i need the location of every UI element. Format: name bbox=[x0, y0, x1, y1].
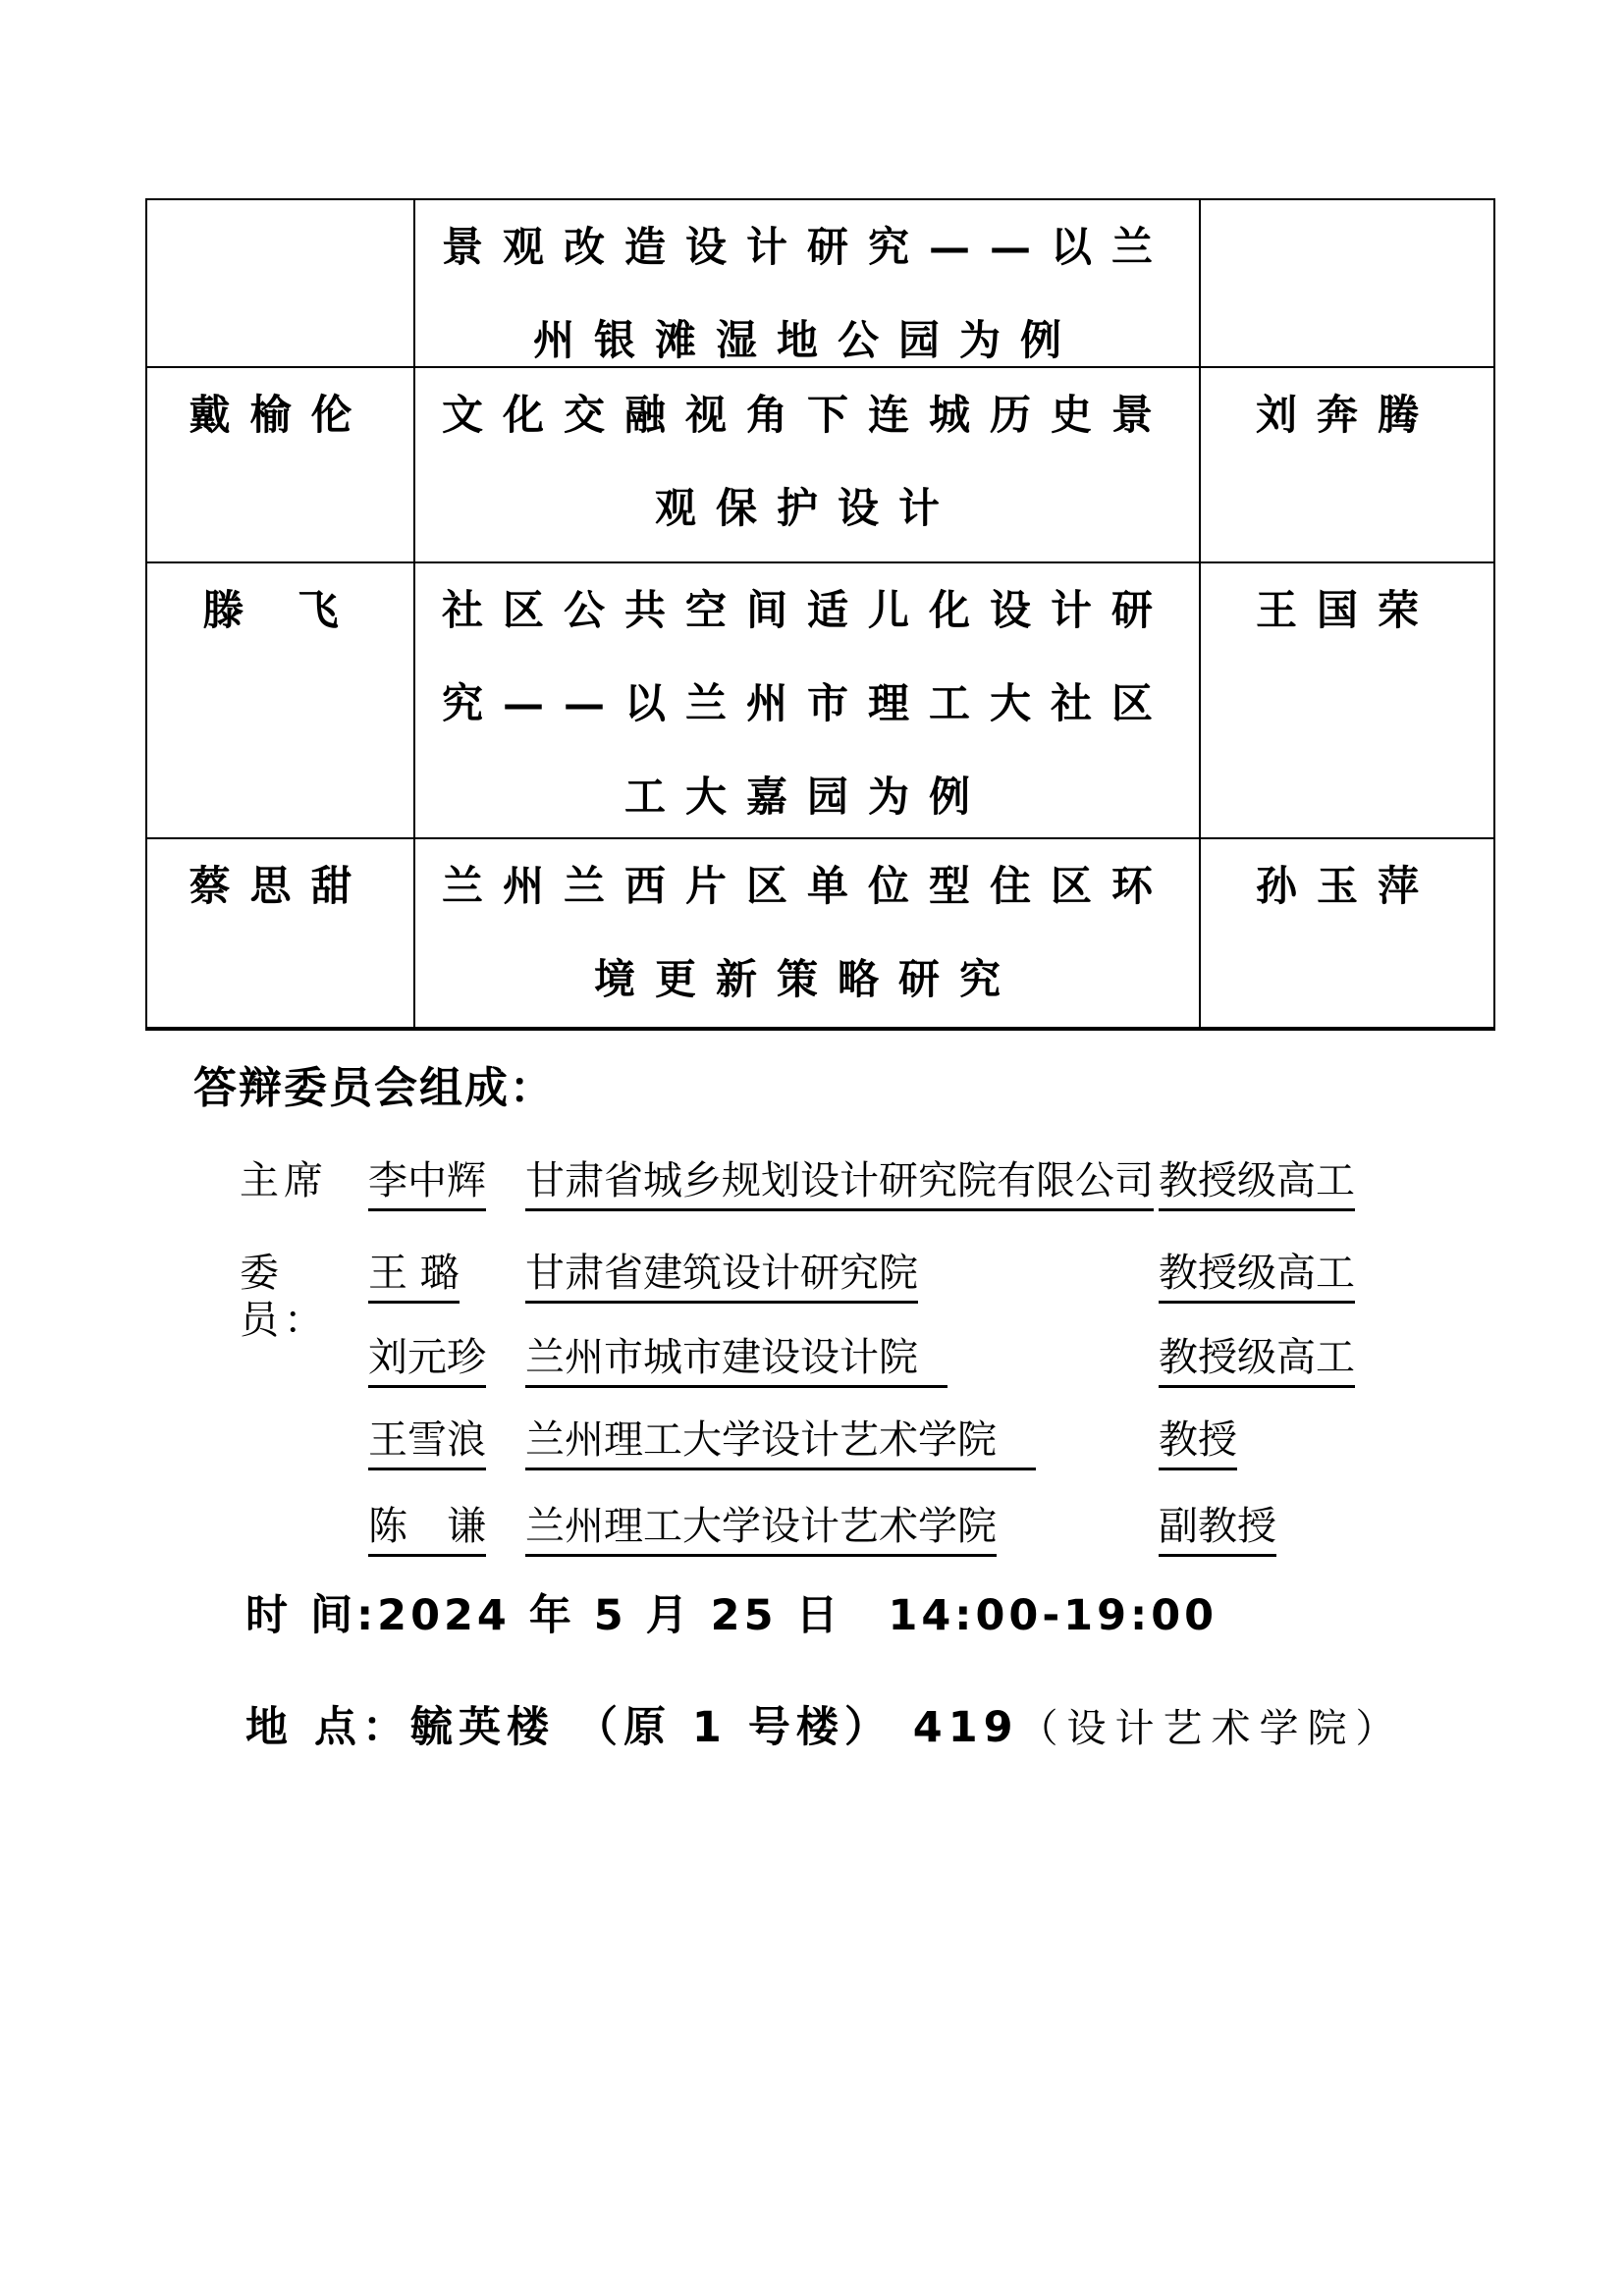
member-name: 王 璐 bbox=[368, 1250, 525, 1344]
member-role bbox=[240, 1334, 368, 1388]
member-name: 刘元珍 bbox=[368, 1334, 525, 1388]
student-name-cell: 蔡思甜 bbox=[147, 839, 415, 1027]
member-affiliation: 甘肃省城乡规划设计研究院有限公司 bbox=[525, 1157, 1159, 1211]
table-row: 滕 飞 社区公共空间适儿化设计研 究——以兰州市理工大社区 工大嘉园为例 王国荣 bbox=[147, 561, 1493, 837]
time-line: 时 间:2024 年 5 月 25 日 14:00-19:00 bbox=[245, 1582, 1218, 1642]
committee-member-row: 委员： 王 璐 甘肃省建筑设计研究院 教授级高工 bbox=[240, 1250, 1487, 1344]
table-row: 戴榆伦 文化交融视角下连城历史景 观保护设计 刘奔腾 bbox=[147, 366, 1493, 561]
thesis-title-line: 社区公共空间适儿化设计研 bbox=[415, 563, 1199, 657]
member-affiliation: 兰州理工大学设计艺术学院 bbox=[525, 1416, 1159, 1470]
member-title: 教授级高工 bbox=[1159, 1334, 1487, 1388]
table-row: 蔡思甜 兰州兰西片区单位型住区环 境更新策略研究 孙玉萍 bbox=[147, 837, 1493, 1027]
advisor-name-cell: 刘奔腾 bbox=[1201, 368, 1493, 561]
student-name: 蔡思甜 bbox=[147, 839, 413, 933]
member-title-text: 副教授 bbox=[1159, 1503, 1276, 1557]
member-title: 副教授 bbox=[1159, 1503, 1487, 1557]
member-affiliation-text: 兰州市城市建设设计院 bbox=[525, 1334, 947, 1388]
member-role bbox=[240, 1503, 368, 1557]
advisor-name: 刘奔腾 bbox=[1201, 368, 1493, 461]
member-title: 教授级高工 bbox=[1159, 1250, 1487, 1344]
thesis-title-line: 工大嘉园为例 bbox=[415, 750, 1199, 843]
member-title-text: 教授 bbox=[1159, 1416, 1237, 1470]
member-name-text: 李中辉 bbox=[368, 1157, 486, 1211]
member-title-text: 教授级高工 bbox=[1159, 1334, 1355, 1388]
thesis-title-line: 究——以兰州市理工大社区 bbox=[415, 657, 1199, 750]
location-note: （设计艺术学院） bbox=[1019, 1706, 1404, 1751]
advisor-name-cell bbox=[1201, 200, 1493, 366]
member-affiliation: 甘肃省建筑设计研究院 bbox=[525, 1250, 1159, 1344]
student-name: 戴榆伦 bbox=[147, 368, 413, 461]
member-title-text: 教授级高工 bbox=[1159, 1250, 1355, 1304]
member-role: 委员： bbox=[240, 1250, 368, 1344]
member-role bbox=[240, 1416, 368, 1470]
thesis-title-line: 兰州兰西片区单位型住区环 bbox=[415, 839, 1199, 933]
committee-member-row: 王雪浪 兰州理工大学设计艺术学院 教授 bbox=[240, 1416, 1487, 1470]
thesis-title-cell: 兰州兰西片区单位型住区环 境更新策略研究 bbox=[415, 839, 1201, 1027]
thesis-title-cell: 文化交融视角下连城历史景 观保护设计 bbox=[415, 368, 1201, 561]
thesis-title-cell: 社区公共空间适儿化设计研 究——以兰州市理工大社区 工大嘉园为例 bbox=[415, 563, 1201, 837]
member-name: 陈 谦 bbox=[368, 1503, 525, 1557]
defense-table: 景观改造设计研究——以兰 州银滩湿地公园为例 戴榆伦 文化交融视角下连城历史景 … bbox=[145, 198, 1495, 1031]
location-value: 毓英楼 （原 1 号楼） 419 bbox=[410, 1703, 1019, 1752]
member-affiliation-text: 甘肃省建筑设计研究院 bbox=[525, 1250, 918, 1304]
student-name: 滕 飞 bbox=[147, 563, 413, 657]
committee-member-row: 刘元珍 兰州市城市建设设计院 教授级高工 bbox=[240, 1334, 1487, 1388]
committee-member-row: 陈 谦 兰州理工大学设计艺术学院 副教授 bbox=[240, 1503, 1487, 1557]
member-affiliation-text: 兰州理工大学设计艺术学院 bbox=[525, 1503, 997, 1557]
committee-heading: 答辩委员会组成： bbox=[193, 1052, 555, 1115]
member-affiliation-text: 兰州理工大学设计艺术学院 bbox=[525, 1416, 1036, 1470]
member-title-text: 教授级高工 bbox=[1159, 1157, 1355, 1211]
thesis-title-line: 境更新策略研究 bbox=[415, 933, 1199, 1026]
student-name-cell: 滕 飞 bbox=[147, 563, 415, 837]
advisor-name: 王国荣 bbox=[1201, 563, 1493, 657]
location-label: 地 点： bbox=[245, 1703, 410, 1752]
committee-member-row: 主席 李中辉 甘肃省城乡规划设计研究院有限公司 教授级高工 bbox=[240, 1157, 1487, 1211]
table-row: 景观改造设计研究——以兰 州银滩湿地公园为例 bbox=[147, 200, 1493, 366]
thesis-title-line: 景观改造设计研究——以兰 bbox=[415, 200, 1199, 294]
thesis-title-line: 文化交融视角下连城历史景 bbox=[415, 368, 1199, 461]
advisor-name-cell: 孙玉萍 bbox=[1201, 839, 1493, 1027]
member-title: 教授 bbox=[1159, 1416, 1487, 1470]
member-title: 教授级高工 bbox=[1159, 1157, 1487, 1211]
thesis-title-line: 观保护设计 bbox=[415, 461, 1199, 555]
member-affiliation-text: 甘肃省城乡规划设计研究院有限公司 bbox=[525, 1157, 1154, 1211]
page: { "table": { "rows": [ { "name": "", "ti… bbox=[0, 0, 1624, 2296]
member-affiliation: 兰州理工大学设计艺术学院 bbox=[525, 1503, 1159, 1557]
time-label: 时 间: bbox=[245, 1591, 377, 1640]
member-name-text: 王 璐 bbox=[368, 1250, 460, 1304]
location-line: 地 点：毓英楼 （原 1 号楼） 419（设计艺术学院） bbox=[245, 1694, 1404, 1754]
time-value: 2024 年 5 月 25 日 14:00-19:00 bbox=[377, 1591, 1218, 1640]
member-role: 主席 bbox=[240, 1157, 368, 1211]
member-affiliation: 兰州市城市建设设计院 bbox=[525, 1334, 1159, 1388]
member-name: 李中辉 bbox=[368, 1157, 525, 1211]
member-name-text: 刘元珍 bbox=[368, 1334, 486, 1388]
member-name-text: 陈 谦 bbox=[368, 1503, 486, 1557]
thesis-title-cell: 景观改造设计研究——以兰 州银滩湿地公园为例 bbox=[415, 200, 1201, 366]
member-name-text: 王雪浪 bbox=[368, 1416, 486, 1470]
member-name: 王雪浪 bbox=[368, 1416, 525, 1470]
student-name-cell bbox=[147, 200, 415, 366]
advisor-name-cell: 王国荣 bbox=[1201, 563, 1493, 837]
advisor-name: 孙玉萍 bbox=[1201, 839, 1493, 933]
student-name-cell: 戴榆伦 bbox=[147, 368, 415, 561]
